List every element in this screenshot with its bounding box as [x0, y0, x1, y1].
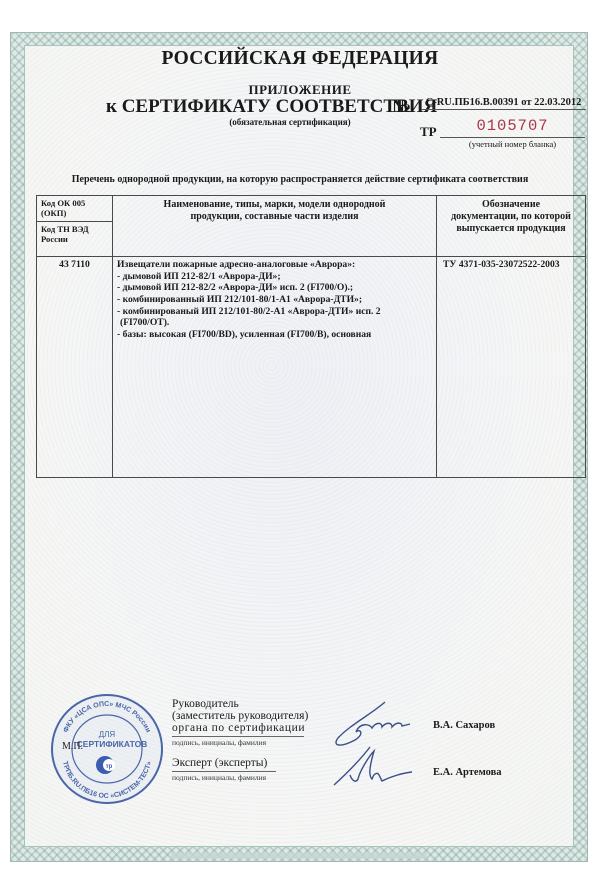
product-line: - дымовой ИП 212-82/2 «Аврора-ДИ» исп. 2… [117, 282, 432, 294]
svg-text:тр: тр [106, 764, 113, 770]
expert-signature-caption: подпись, инициалы, фамилия [172, 771, 276, 782]
tp-label: ТР [420, 124, 437, 140]
head-name: В.А. Сахаров [433, 720, 495, 731]
products-list-heading: Перечень однородной продукции, на котору… [0, 174, 600, 185]
certification-type: (обязательная сертификация) [215, 117, 365, 127]
head-label-line3: органа по сертификации [172, 722, 305, 734]
head-signature-icon [330, 700, 430, 750]
head-signature-caption: подпись, инициалы, фамилия [172, 736, 304, 747]
certificate-number: C-RU.ПБ16.B.00391 от 22.03.2012 [421, 97, 586, 110]
svg-text:СЕРТИФИКАТОВ: СЕРТИФИКАТОВ [77, 739, 148, 749]
header-documentation: Обозначение документации, по которой вып… [437, 196, 586, 257]
expert-label: Эксперт (эксперты) [172, 757, 267, 769]
number-sign: № [392, 96, 411, 118]
header-tn-ved-code: Код ТН ВЭД России [37, 221, 113, 256]
product-line: - комбинированый ИП 212/101-80/2-А1 «Авр… [117, 306, 432, 318]
blank-number: 0105707 [440, 117, 585, 138]
expert-signature-icon [330, 745, 430, 790]
products-table: Код ОК 005 (ОКП) Наименование, типы, мар… [36, 195, 586, 478]
product-line: - комбинированный ИП 212/101-80/1-А1 «Ав… [117, 294, 432, 306]
product-line: Извещатели пожарные адресно-аналоговые «… [117, 259, 432, 271]
header-product-name: Наименование, типы, марки, модели одноро… [113, 196, 437, 257]
cell-okp-code: 43 7110 [37, 256, 113, 477]
cell-documentation: ТУ 4371-035-23072522-2003 [437, 256, 586, 477]
country-title: РОССИЙСКАЯ ФЕДЕРАЦИЯ [0, 48, 600, 70]
svg-text:ДЛЯ: ДЛЯ [99, 730, 116, 739]
certification-stamp-icon: ФКУ «ЦСА ОПС» МЧС России ТРПБ.RU.ПБ16 ОС… [50, 693, 164, 805]
product-line: - дымовой ИП 212-82/1 «Аврора-ДИ»; [117, 271, 432, 283]
product-line: (FI700/OT). [117, 317, 432, 329]
head-label-line2: (заместитель руководителя) [172, 710, 308, 722]
blank-number-caption: (учетный номер бланка) [440, 139, 585, 149]
footer-microtext [171, 853, 427, 859]
expert-name: Е.А. Артемова [433, 767, 502, 778]
header-okp-code: Код ОК 005 (ОКП) [37, 196, 113, 222]
table-header-row: Код ОК 005 (ОКП) Наименование, типы, мар… [37, 196, 586, 222]
table-row: 43 7110 Извещатели пожарные адресно-анал… [37, 256, 586, 477]
certificate-heading: к СЕРТИФИКАТУ СООТВЕТСТВИЯ [106, 96, 437, 118]
svg-text:М.П.: М.П. [62, 741, 83, 752]
cell-product-name: Извещатели пожарные адресно-аналоговые «… [113, 256, 437, 477]
product-line: - базы: высокая (FI700/BD), усиленная (F… [117, 329, 432, 341]
head-label-line1: Руководитель [172, 698, 239, 710]
